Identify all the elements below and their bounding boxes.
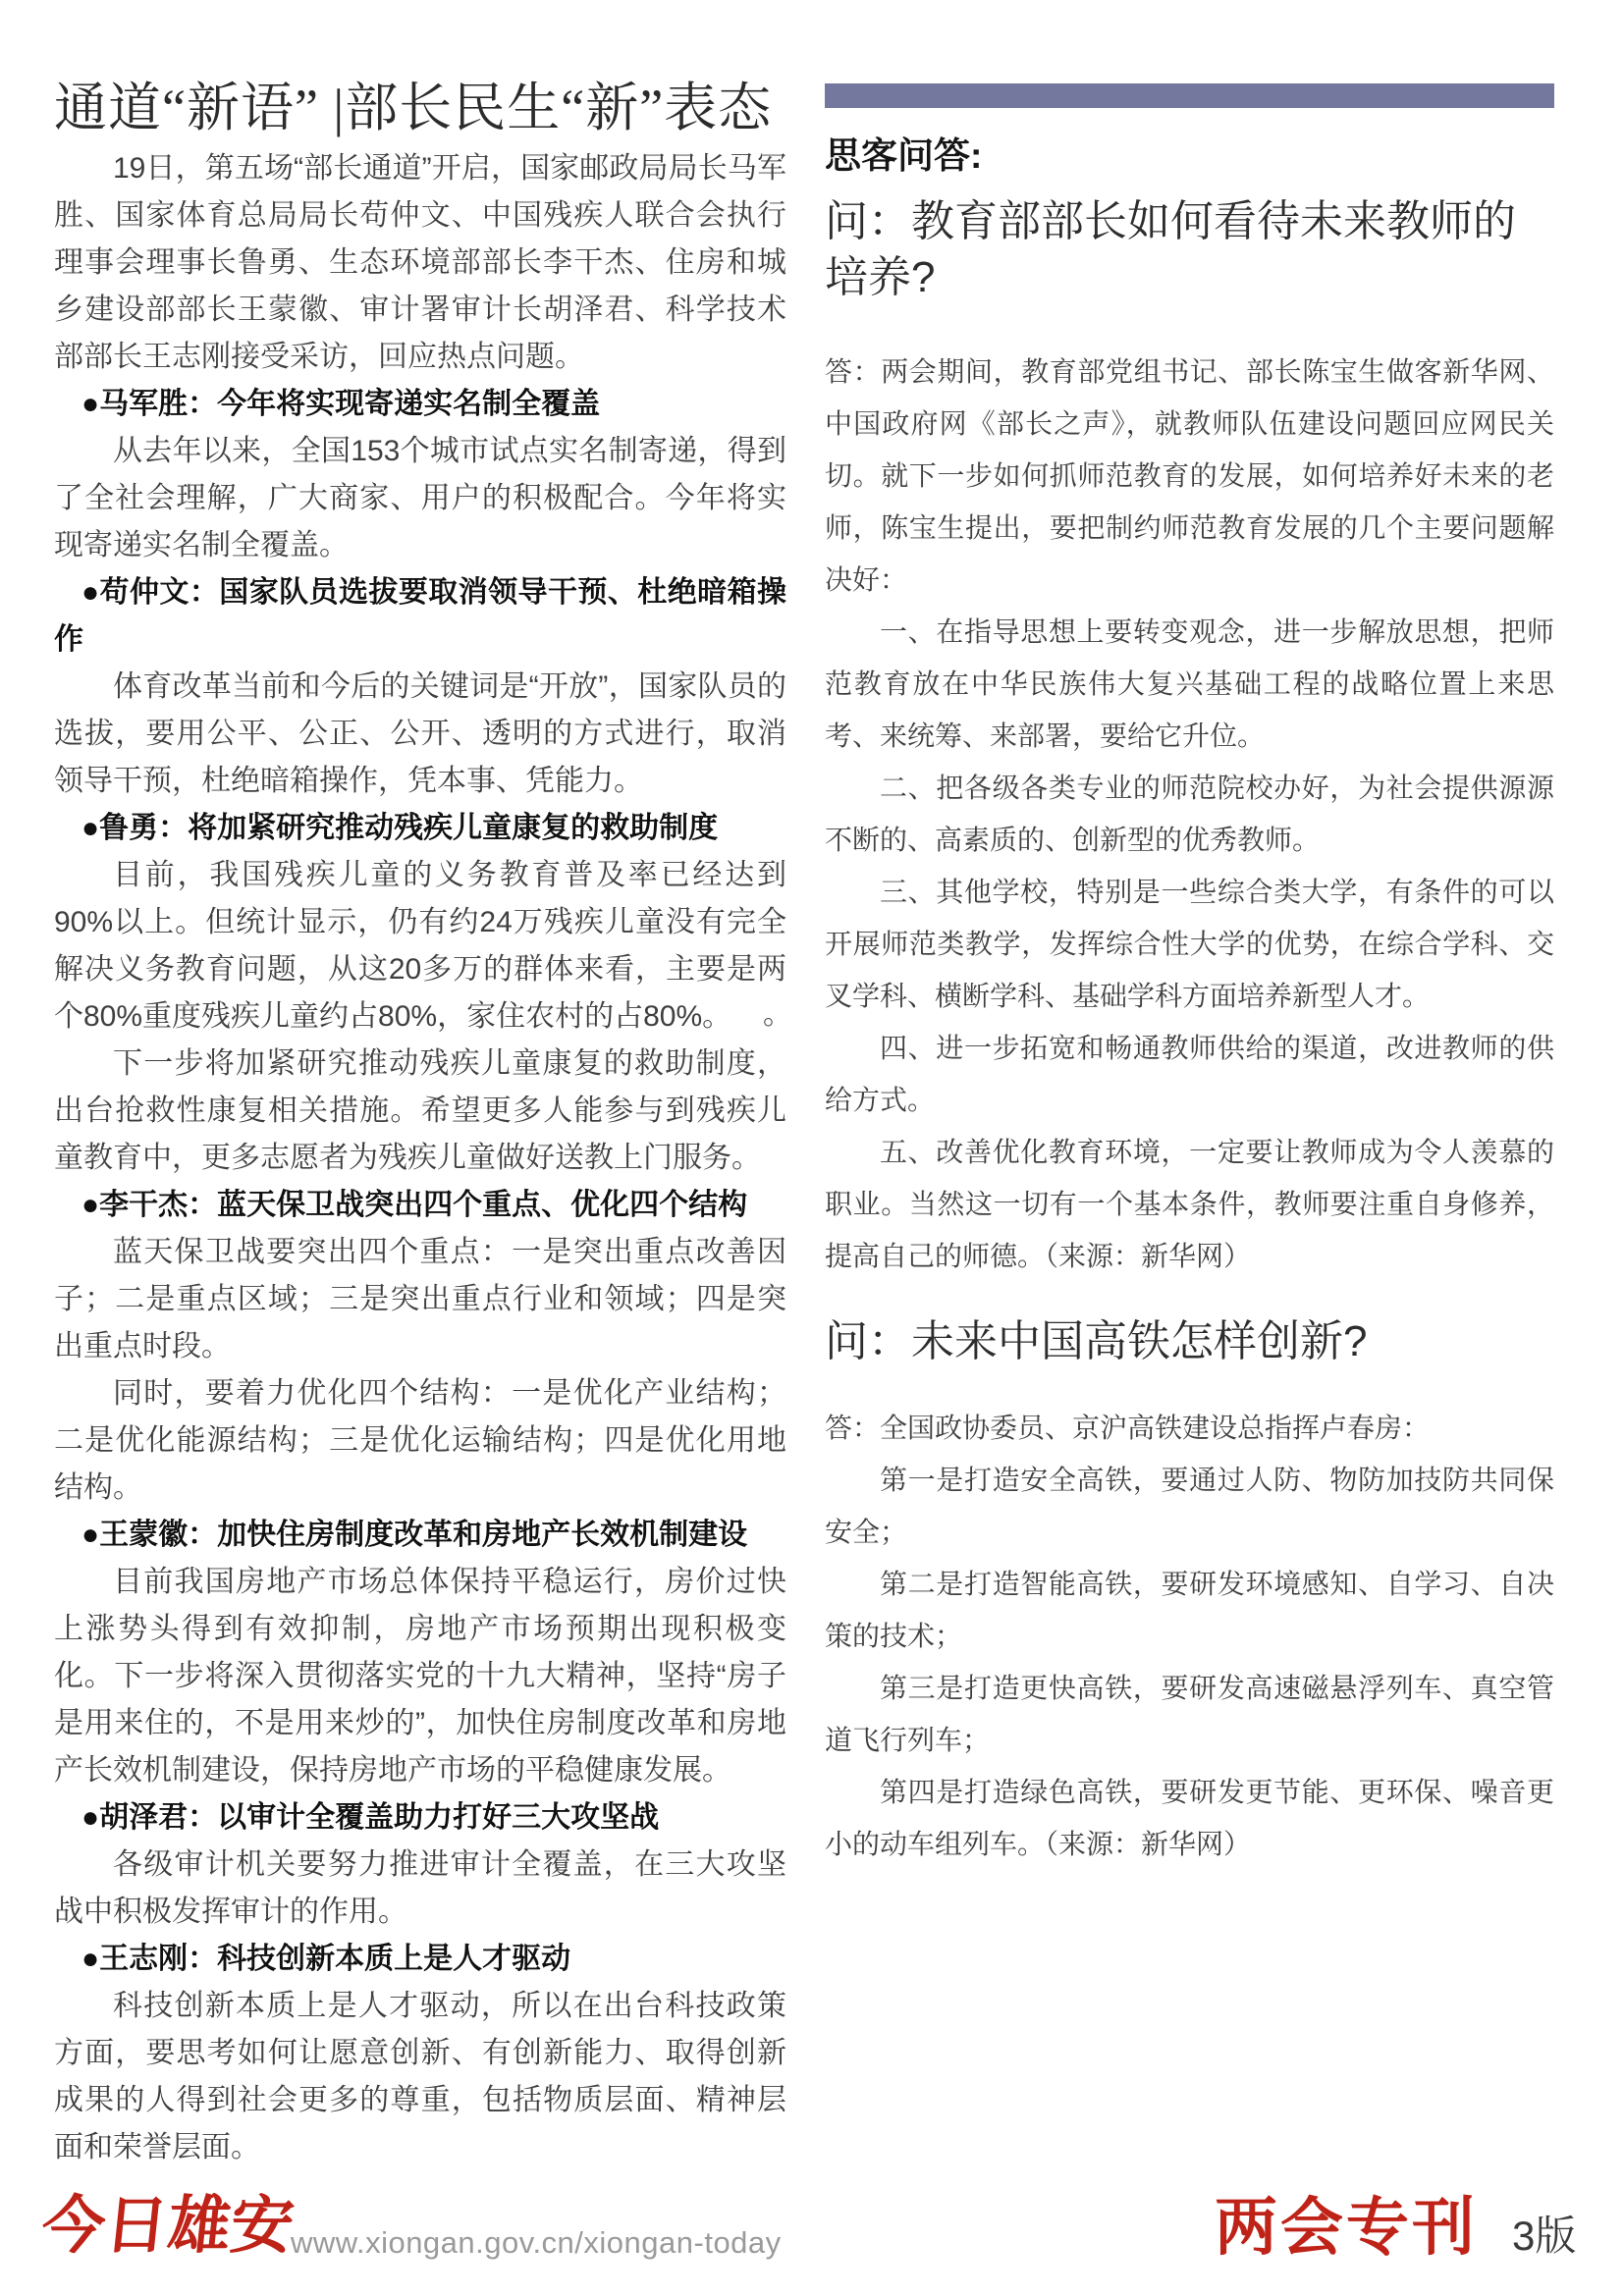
body-paragraph: 各级审计机关要努力推进审计全覆盖，在三大攻坚战中积极发挥审计的作用。	[54, 1842, 786, 1936]
question-heading-teachers: 问：教育部部长如何看待未来教师的培养?	[825, 193, 1554, 305]
answer-paragraph: 二、把各级各类专业的师范院校办好，为社会提供源源不断的、高素质的、创新型的优秀教…	[825, 762, 1554, 866]
question-heading-highspeed-rail: 问：未来中国高铁怎样创新?	[825, 1313, 1554, 1369]
minister-heading-gouzhongwen: ●苟仲文：国家队员选拔要取消领导干预、杜绝暗箱操作	[54, 569, 786, 664]
answer-paragraph: 五、改善优化教育环境，一定要让教师成为令人羡慕的职业。当然这一切有一个基本条件，…	[825, 1126, 1554, 1282]
body-paragraph: 科技创新本质上是人才驱动，所以在出台科技政策方面，要思考如何让愿意创新、有创新能…	[54, 1983, 786, 2171]
minister-heading-liganjie: ●李干杰：蓝天保卫战突出四个重点、优化四个结构	[54, 1182, 786, 1229]
answer-paragraph: 第三是打造更快高铁，要研发高速磁悬浮列车、真空管道飞行列车；	[825, 1662, 1554, 1766]
answer-block-highspeed-rail: 答：全国政协委员、京沪高铁建设总指挥卢春房： 第一是打造安全高铁，要通过人防、物…	[825, 1402, 1554, 1870]
answer-paragraph: 答：全国政协委员、京沪高铁建设总指挥卢春房：	[825, 1402, 1554, 1454]
body-paragraph: 目前，我国残疾儿童的义务教育普及率已经达到90%以上。但统计显示，仍有约24万残…	[54, 852, 786, 1041]
body-paragraph: 从去年以来，全国153个城市试点实名制寄递，得到了全社会理解，广大商家、用户的积…	[54, 428, 786, 569]
body-paragraph: 目前我国房地产市场总体保持平稳运行，房价过快上涨势头得到有效抑制，房地产市场预期…	[54, 1559, 786, 1794]
minister-heading-wangzhigang: ●王志刚：科技创新本质上是人才驱动	[54, 1936, 786, 1983]
paragraph-with-stray-period: 目前，我国残疾儿童的义务教育普及率已经达到90%以上。但统计显示，仍有约24万残…	[54, 852, 786, 1041]
intro-paragraph: 19日，第五场“部长通道”开启，国家邮政局局长马军胜、国家体育总局局长苟仲文、中…	[54, 145, 786, 381]
page-title: 通道“新语” |部长民生“新”表态	[54, 71, 786, 145]
stray-period: 。	[763, 991, 792, 1039]
body-paragraph: 同时，要着力优化四个结构：一是优化产业结构；二是优化能源结构；三是优化运输结构；…	[54, 1370, 786, 1512]
minister-heading-wangmenghui: ●王蒙徽：加快住房制度改革和房地产长效机制建设	[54, 1512, 786, 1559]
minister-heading-luyong: ●鲁勇：将加紧研究推动残疾儿童康复的救助制度	[54, 805, 786, 852]
website-url: www.xiongan.gov.cn/xiongan-today	[291, 2224, 782, 2262]
minister-heading-huzejun: ●胡泽君：以审计全覆盖助力打好三大攻坚战	[54, 1794, 786, 1842]
page-number: 3版	[1512, 2211, 1576, 2262]
answer-paragraph: 一、在指导思想上要转变观念，进一步解放思想，把师范教育放在中华民族伟大复兴基础工…	[825, 606, 1554, 762]
body-paragraph: 下一步将加紧研究推动残疾儿童康复的救助制度，出台抢救性康复相关措施。希望更多人能…	[54, 1041, 786, 1182]
accent-bar	[825, 83, 1554, 108]
answer-paragraph: 四、进一步拓宽和畅通教师供给的渠道，改进教师的供给方式。	[825, 1022, 1554, 1126]
newspaper-page: 通道“新语” |部长民生“新”表态 19日，第五场“部长通道”开启，国家邮政局局…	[0, 0, 1624, 2296]
answer-paragraph: 第四是打造绿色高铁，要研发更节能、更环保、噪音更小的动车组列车。（来源：新华网）	[825, 1766, 1554, 1870]
answer-paragraph: 答：两会期间，教育部党组书记、部长陈宝生做客新华网、中国政府网《部长之声》，就教…	[825, 346, 1554, 606]
masthead-logo: 今日雄安	[38, 2185, 298, 2268]
special-edition-label: 两会专刊	[1215, 2191, 1478, 2266]
right-column: 思客问答: 问：教育部部长如何看待未来教师的培养? 答：两会期间，教育部党组书记…	[825, 83, 1554, 1870]
left-column: 通道“新语” |部长民生“新”表态 19日，第五场“部长通道”开启，国家邮政局局…	[54, 71, 786, 2171]
body-paragraph: 体育改革当前和今后的关键词是“开放”，国家队员的选拔，要用公平、公正、公开、透明…	[54, 664, 786, 805]
answer-block-teachers: 答：两会期间，教育部党组书记、部长陈宝生做客新华网、中国政府网《部长之声》，就教…	[825, 346, 1554, 1282]
answer-paragraph: 第二是打造智能高铁，要研发环境感知、自学习、自决策的技术；	[825, 1558, 1554, 1662]
qa-section-label: 思客问答:	[825, 134, 1554, 178]
body-paragraph: 蓝天保卫战要突出四个重点：一是突出重点改善因子；二是重点区域；三是突出重点行业和…	[54, 1229, 786, 1370]
answer-paragraph: 第一是打造安全高铁，要通过人防、物防加技防共同保安全；	[825, 1454, 1554, 1558]
answer-paragraph: 三、其他学校，特别是一些综合类大学，有条件的可以开展师范类教学，发挥综合性大学的…	[825, 866, 1554, 1022]
minister-heading-majunsheng: ●马军胜：今年将实现寄递实名制全覆盖	[54, 381, 786, 428]
